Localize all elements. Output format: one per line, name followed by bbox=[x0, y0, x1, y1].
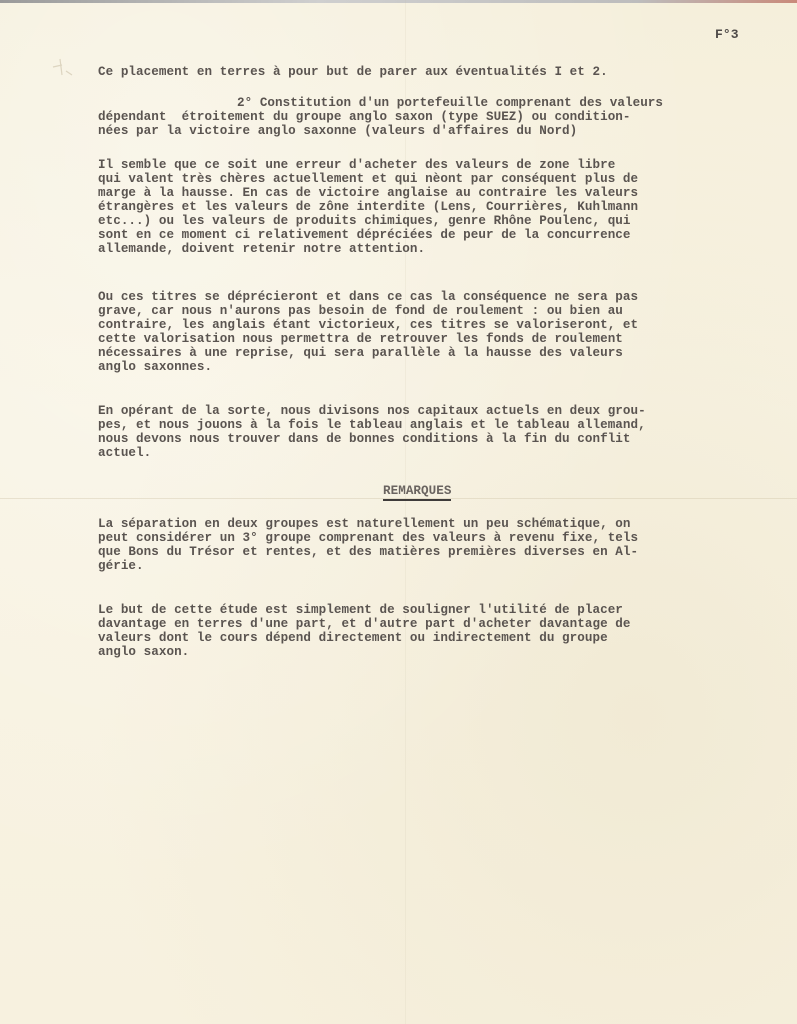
paragraph-line: cette valorisation nous permettra de ret… bbox=[98, 332, 623, 346]
paragraph-line: allemande, doivent retenir notre attenti… bbox=[98, 242, 425, 256]
remark-line: gérie. bbox=[98, 559, 144, 573]
paragraph-line: actuel. bbox=[98, 446, 151, 460]
paragraph-line: étrangères et les valeurs de zône interd… bbox=[98, 200, 638, 214]
paragraph-line: nées par la victoire anglo saxonne (vale… bbox=[98, 124, 577, 138]
remark-line: que Bons du Trésor et rentes, et des mat… bbox=[98, 545, 638, 559]
remark-line: peut considérer un 3° groupe comprenant … bbox=[98, 531, 638, 545]
paragraph-line: etc...) ou les valeurs de produits chimi… bbox=[98, 214, 631, 228]
remark-line: Le but de cette étude est simplement de … bbox=[98, 603, 623, 617]
paragraph-line: dépendant étroitement du groupe anglo sa… bbox=[98, 110, 631, 124]
section-heading-remarques: REMARQUES bbox=[383, 484, 451, 501]
remark-line: La séparation en deux groupes est nature… bbox=[98, 517, 631, 531]
paragraph-line: Ou ces titres se déprécieront et dans ce… bbox=[98, 290, 638, 304]
paragraph-line: grave, car nous n'aurons pas besoin de f… bbox=[98, 304, 623, 318]
paragraph-line: marge à la hausse. En cas de victoire an… bbox=[98, 186, 638, 200]
paragraph-line: contraire, les anglais étant victorieux,… bbox=[98, 318, 638, 332]
page-number: F°3 bbox=[715, 27, 739, 42]
paragraph-line: nécessaires à une reprise, qui sera para… bbox=[98, 346, 623, 360]
remark-line: davantage en terres d'une part, et d'aut… bbox=[98, 617, 631, 631]
paragraph-line: anglo saxonnes. bbox=[98, 360, 212, 374]
paragraph-line: sont en ce moment ci relativement dépréc… bbox=[98, 228, 631, 242]
paragraph-line: Il semble que ce soit une erreur d'achet… bbox=[98, 158, 615, 172]
paragraph-line: En opérant de la sorte, nous divisons no… bbox=[98, 404, 646, 418]
paragraph-line: Ce placement en terres à pour but de par… bbox=[98, 65, 608, 79]
paragraph-line: pes, et nous jouons à la fois le tableau… bbox=[98, 418, 646, 432]
paragraph-line: 2° Constitution d'un portefeuille compre… bbox=[237, 96, 663, 110]
remark-line: valeurs dont le cours dépend directement… bbox=[98, 631, 608, 645]
typed-document: F°3 Ce placement en terres à pour but de… bbox=[0, 0, 797, 1024]
remark-line: anglo saxon. bbox=[98, 645, 189, 659]
paragraph-line: qui valent très chères actuellement et q… bbox=[98, 172, 638, 186]
paragraph-line: nous devons nous trouver dans de bonnes … bbox=[98, 432, 631, 446]
